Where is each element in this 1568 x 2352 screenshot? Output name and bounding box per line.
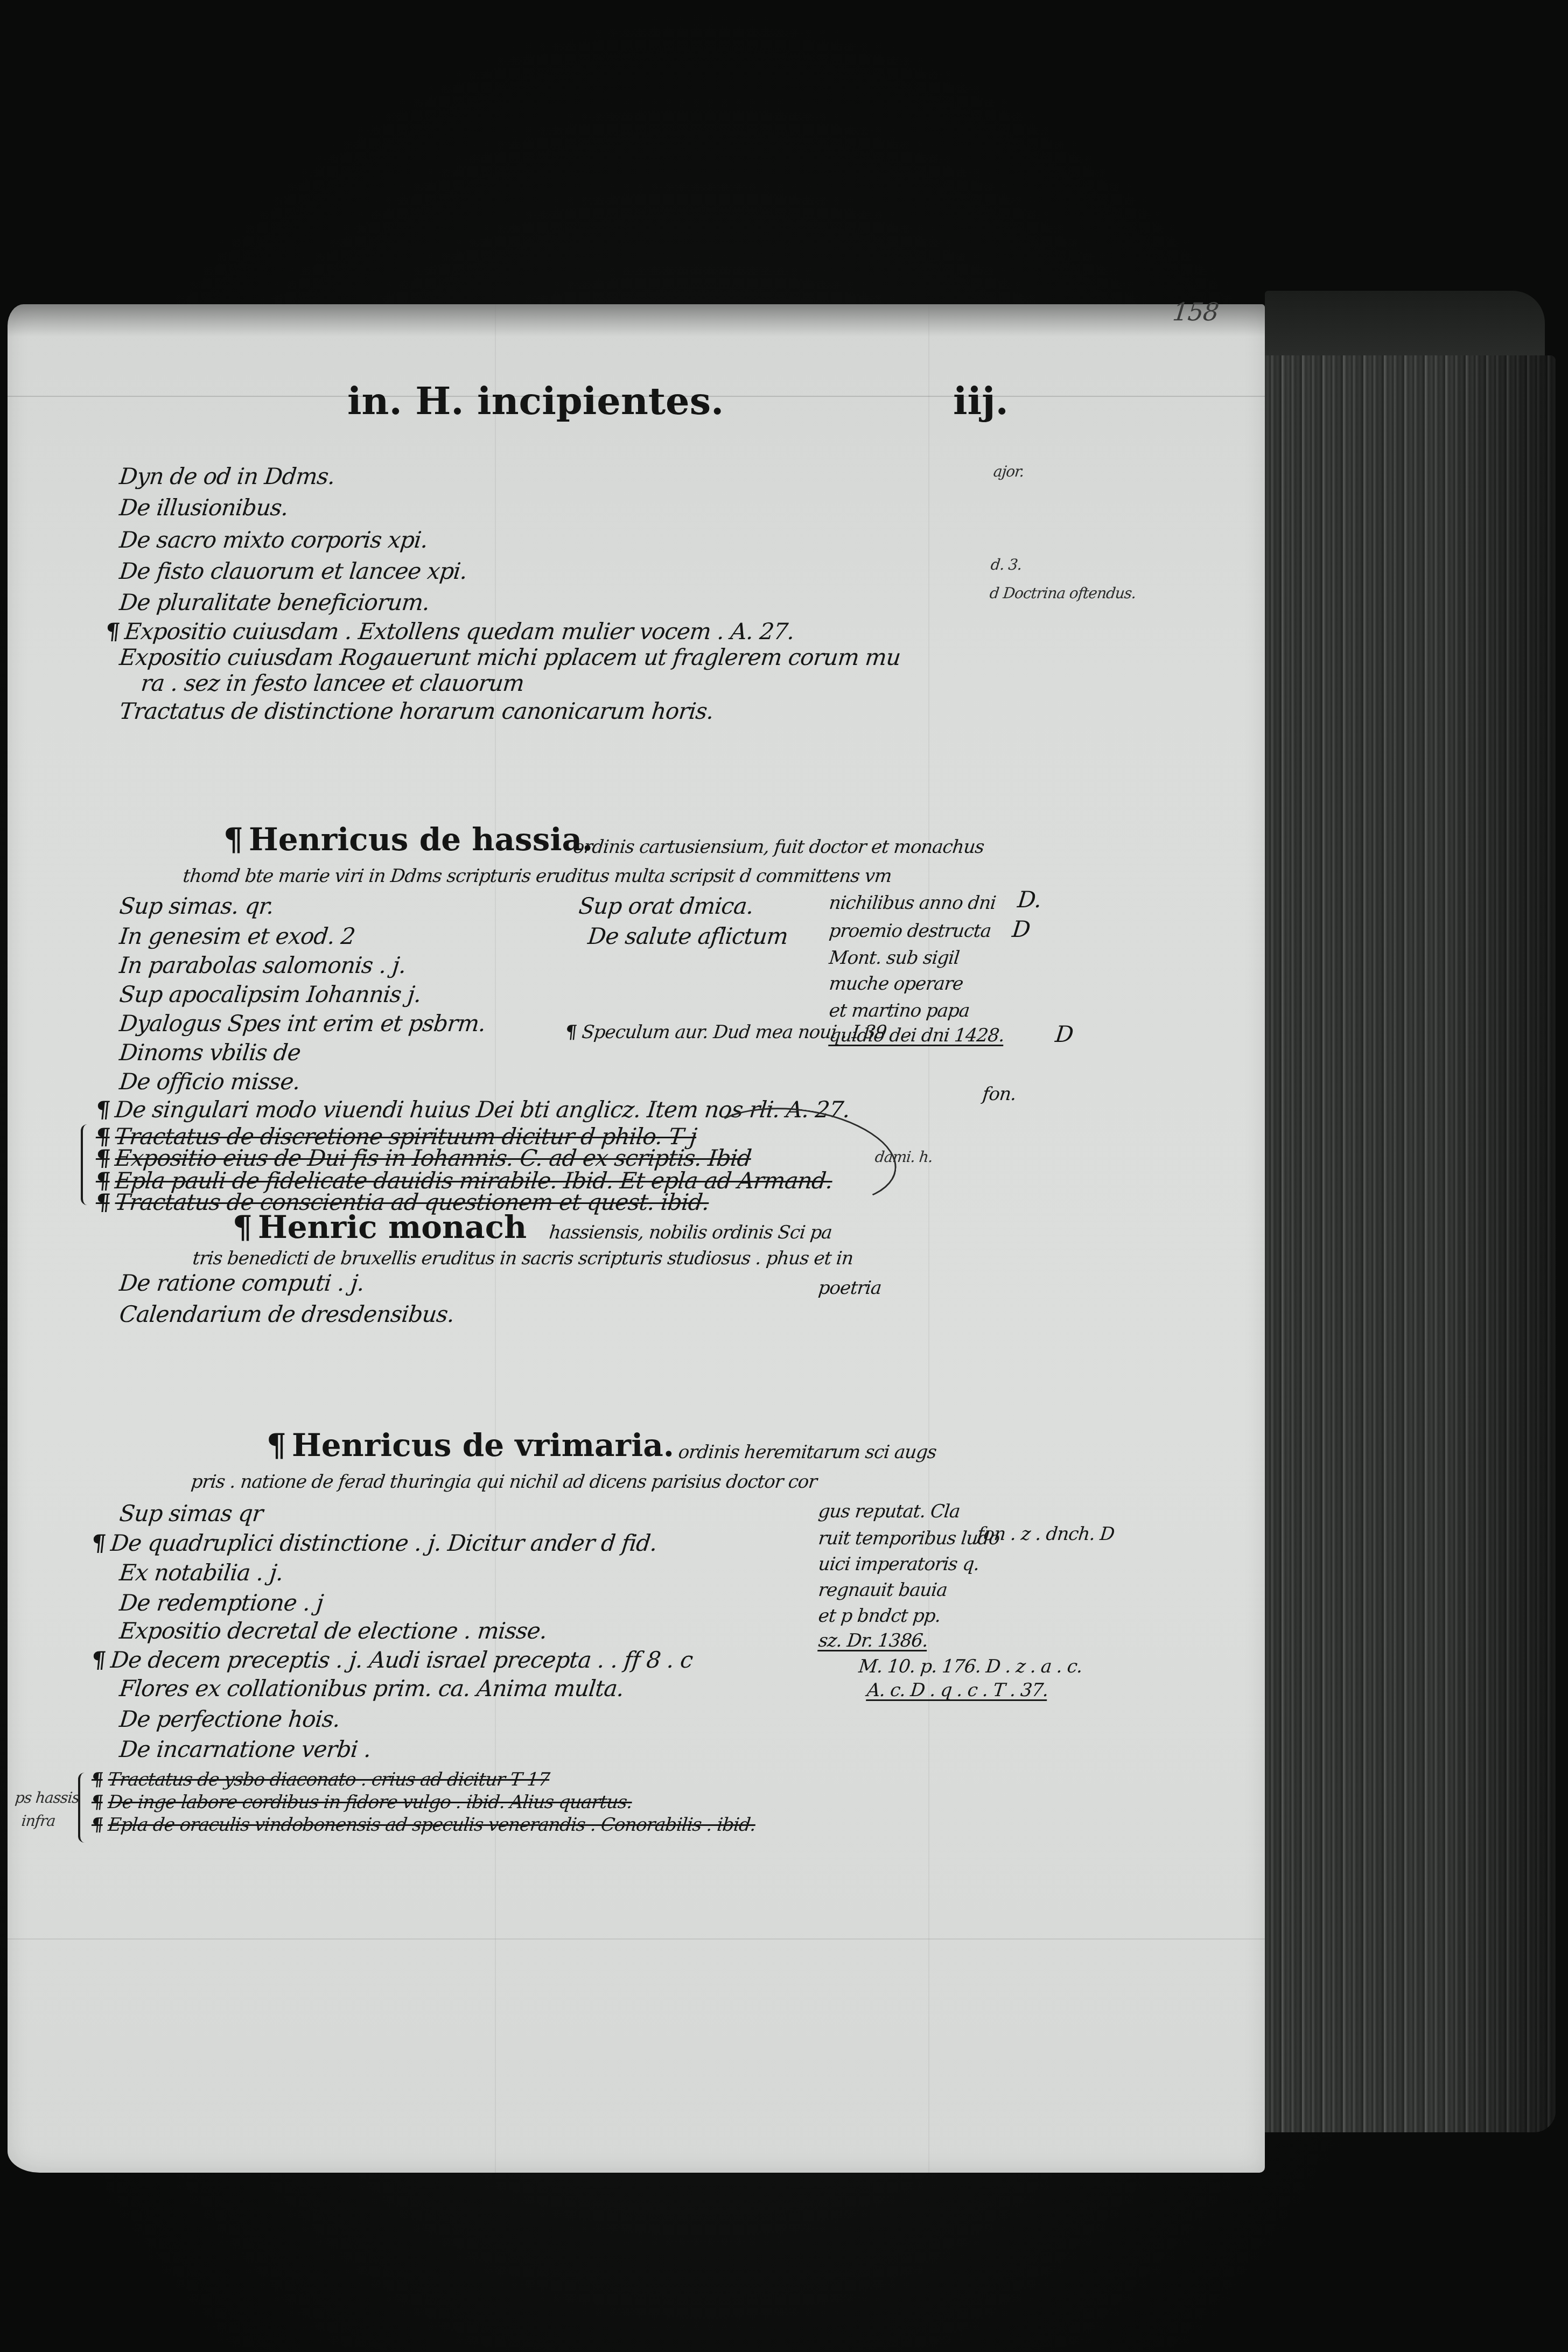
note-line: muche operare — [828, 975, 964, 993]
page-title: in. H. incipientes. — [347, 382, 724, 420]
entry-line: Sup simas qr — [118, 1502, 264, 1525]
entry-line: Sup apocalipsim Iohannis j. — [118, 983, 422, 1006]
pilcrow-mark: ¶ — [94, 1189, 111, 1215]
margin-mark: D — [1011, 918, 1031, 941]
book-block-fore-edge — [1265, 355, 1556, 2132]
author-intro: ordinis cartusiensium, fuit doctor et mo… — [572, 838, 985, 856]
note-line: uici imperatoris q. — [817, 1555, 980, 1573]
author-heading: ¶Henricus de hassia. — [223, 824, 593, 855]
pilcrow-mark: ¶ — [90, 1647, 107, 1673]
note-line: poetria — [817, 1279, 882, 1297]
entry-line: De officio misse. — [118, 1070, 301, 1093]
entry-text: De decem preceptis . j. Audi israel prec… — [109, 1647, 694, 1673]
entry-line: ¶De decem preceptis . j. Audi israel pre… — [90, 1649, 694, 1671]
margin-note: ajor. — [993, 464, 1025, 479]
entry-line: Calendarium de dresdensibus. — [118, 1303, 456, 1326]
entry-line: Ex notabilia . j. — [118, 1562, 284, 1584]
note-line: regnauit bauia — [817, 1581, 948, 1599]
note-line: et p bndct pp. — [817, 1607, 941, 1625]
note-line: gus reputat. Cla — [817, 1502, 961, 1521]
entry-line: De perfectione hois. — [118, 1708, 341, 1731]
pilcrow-mark: ¶ — [223, 821, 243, 858]
entry-line: Sup orat dmica. — [578, 895, 754, 918]
author-intro: tris benedicti de bruxellis eruditus in … — [192, 1249, 854, 1268]
note-line: nichilibus anno dni — [828, 894, 997, 912]
margin-mark: D. — [1017, 888, 1042, 911]
reference-note: A. c. D . q . c . T . 37. — [866, 1681, 1049, 1701]
entry-line: ¶De quadruplici distinctione . j. Dicitu… — [90, 1532, 658, 1555]
entry-line: De illusionibus. — [118, 496, 289, 519]
margin-note: infra — [21, 1814, 56, 1829]
margin-note: fon . z . dnch. D — [976, 1525, 1115, 1543]
book-block-top-edge — [1265, 291, 1545, 366]
entry-line: Expositio cuiusdam Rogauerunt michi ppla… — [118, 646, 901, 669]
entry-text: De quadruplici distinctione . j. Dicitur… — [109, 1530, 658, 1556]
margin-note: d Doctrina oftendus. — [989, 586, 1137, 601]
bracket-mark — [78, 1773, 88, 1843]
entry-line: ra . sez in festo lancee et clauorum — [140, 672, 525, 695]
entry-line: De salute aflictum — [587, 925, 789, 948]
entry-line: In parabolas salomonis . j. — [118, 954, 407, 977]
bracket-mark — [81, 1124, 90, 1205]
pilcrow-mark: ¶ — [564, 1021, 578, 1043]
margin-note: ps hassis — [15, 1790, 80, 1805]
margin-note: d. 3. — [990, 557, 1023, 572]
author-intro: pris . natione de ferad thuringia qui ni… — [190, 1473, 817, 1491]
margin-mark: D — [1054, 1023, 1074, 1046]
entry-line: ¶Expositio cuiusdam . Extollens quedam m… — [104, 620, 795, 643]
note-line: sz. Dr. 1386. — [817, 1632, 929, 1651]
pilcrow-mark: ¶ — [90, 1769, 104, 1790]
entry-text: De inge labore cordibus in fidore vulgo … — [107, 1791, 633, 1813]
entry-line: Expositio decretal de electione . misse. — [118, 1620, 548, 1642]
author-heading: ¶Henricus de vrimaria. — [267, 1430, 674, 1461]
column-number: iij. — [953, 382, 1009, 420]
note-line: et martino papa — [828, 1002, 970, 1020]
author-intro: hassiensis, nobilis ordinis Sci pa — [548, 1223, 832, 1242]
pilcrow-mark: ¶ — [90, 1814, 104, 1836]
pilcrow-mark: ¶ — [104, 618, 121, 645]
note-line: Mont. sub sigil — [828, 949, 960, 967]
author-intro: ordinis heremitarum sci augs — [677, 1443, 937, 1461]
pilcrow-mark: ¶ — [90, 1791, 104, 1813]
entry-text: Tractatus de ysbo diaconato . crius ad d… — [107, 1769, 551, 1790]
entry-text: Epla de oraculis vindobonensis ad specul… — [107, 1814, 757, 1836]
note-line: proemio destructa — [828, 922, 992, 940]
entry-line: Sup simas. qr. — [118, 895, 275, 918]
reference-note: M. 10. p. 176. D . z . a . c. — [858, 1657, 1083, 1676]
entry-text: Expositio cuiusdam . Extollens quedam mu… — [123, 618, 795, 645]
entry-line: De fisto clauorum et lancee xpi. — [118, 560, 468, 583]
struck-entry-line: ¶Expositio eius de Dui fis in Iohannis. … — [95, 1147, 752, 1170]
entry-line: De redemptione . j — [118, 1592, 324, 1614]
column-rule — [928, 304, 929, 2173]
struck-entry-line: ¶De inge labore cordibus in fidore vulgo… — [90, 1793, 633, 1811]
pilcrow-mark: ¶ — [94, 1096, 111, 1123]
author-name: Henric monach — [258, 1209, 527, 1245]
entry-line: De incarnatione verbi . — [118, 1738, 372, 1761]
entry-line: De ratione computi . j. — [118, 1272, 366, 1294]
struck-entry-line: ¶Epla de oraculis vindobonensis ad specu… — [90, 1816, 756, 1834]
ruling-line — [8, 1938, 1265, 1940]
entry-line: Dinoms vbilis de — [118, 1041, 302, 1064]
entry-line: De pluralitate beneficiorum. — [118, 591, 431, 614]
folio-number: 158 — [1172, 299, 1220, 324]
margin-note: dami. h. — [874, 1150, 934, 1165]
author-heading: ¶Henric monach — [233, 1212, 527, 1243]
note-line: quidio dei dni 1428. — [828, 1026, 1005, 1046]
entry-line: Dyn de od in Ddms. — [118, 465, 336, 488]
author-name: Henricus de vrimaria. — [292, 1427, 674, 1464]
author-intro: thomd bte marie viri in Ddms scripturis … — [182, 867, 892, 885]
entry-line: In genesim et exod. 2 — [118, 925, 356, 948]
entry-line: Dyalogus Spes int erim et psbrm. — [118, 1012, 487, 1035]
entry-line: Tractatus de distinctione horarum canoni… — [118, 700, 715, 723]
entry-line: Flores ex collationibus prim. ca. Anima … — [118, 1677, 625, 1700]
struck-entry-line: ¶Tractatus de ysbo diaconato . crius ad … — [90, 1770, 550, 1789]
pilcrow-mark: ¶ — [90, 1530, 107, 1556]
pilcrow-mark: ¶ — [267, 1427, 286, 1464]
entry-line: De sacro mixto corporis xpi. — [118, 529, 429, 551]
author-name: Henricus de hassia. — [249, 821, 593, 858]
pilcrow-mark: ¶ — [233, 1209, 253, 1245]
note-line: ruit temporibus ludo — [817, 1529, 1000, 1548]
margin-note: fon. — [982, 1085, 1017, 1103]
